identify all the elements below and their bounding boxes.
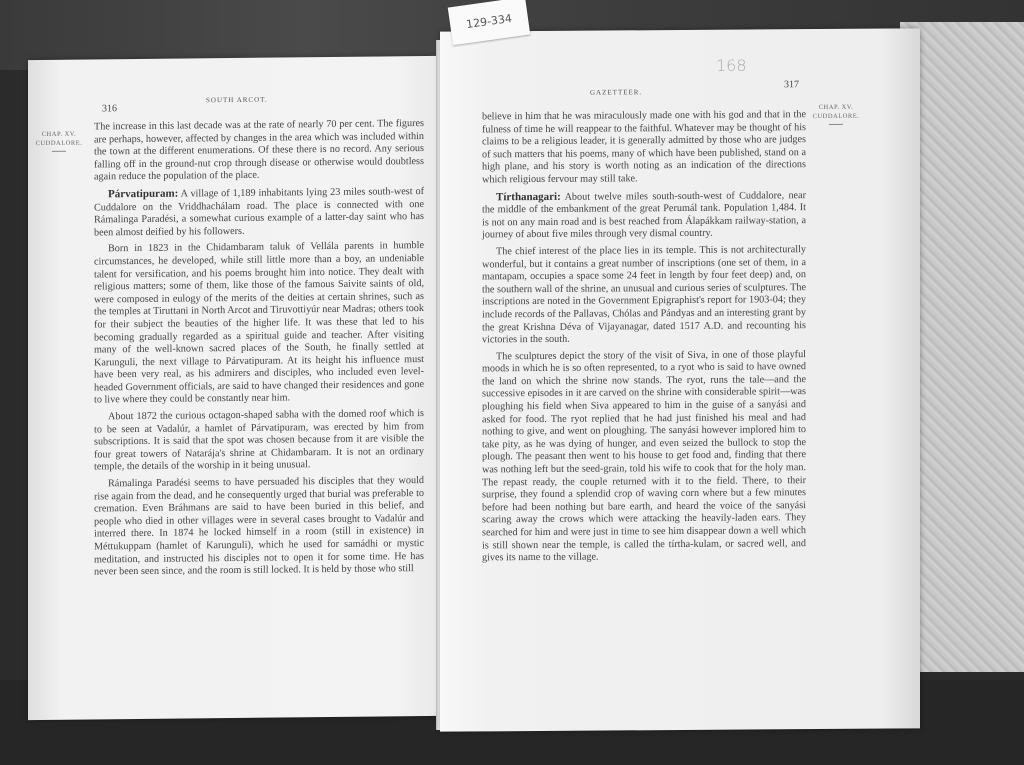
paragraph: believe in him that he was miraculously … (482, 109, 806, 187)
margin-chapter: Chap. XV. (42, 131, 77, 138)
entry-heading: Párvatipuram: (108, 188, 178, 201)
margin-section: Cuddalore. (36, 140, 83, 147)
paragraph: The sculptures depict the story of the v… (482, 349, 806, 565)
page-number: 316 (102, 103, 117, 114)
margin-note: Chap. XV. Cuddalore. (30, 130, 88, 153)
running-head: South Arcot. (206, 96, 268, 105)
right-body-text: believe in him that he was miraculously … (482, 109, 806, 569)
left-page: 316 South Arcot. Chap. XV. Cuddalore. Th… (28, 56, 438, 720)
left-body-text: The increase in this last decade was at … (94, 118, 424, 583)
running-head: Gazetteer. (590, 88, 642, 96)
paragraph: Tírthanagari: About twelve miles south-s… (482, 189, 806, 243)
paragraph: Rámalinga Paradési seems to have persuad… (94, 475, 424, 579)
paragraph: The chief interest of the place lies in … (482, 244, 806, 347)
margin-rule (829, 124, 843, 125)
margin-section: Cuddalore. (813, 113, 860, 120)
paragraph: The increase in this last decade was at … (94, 118, 424, 184)
margin-chapter: Chap. XV. (819, 104, 854, 111)
paragraph: About 1872 the curious octagon-shaped sa… (94, 408, 424, 474)
page-number: 317 (784, 79, 799, 90)
pencil-annotation: 168 (716, 56, 747, 75)
paragraph: Born in 1823 in the Chidambaram taluk of… (94, 240, 424, 407)
margin-rule (52, 151, 66, 152)
margin-note: Chap. XV. Cuddalore. (806, 103, 866, 125)
entry-heading: Tírthanagari: (496, 190, 561, 202)
right-page: Gazetteer. 317 Chap. XV. Cuddalore. beli… (440, 28, 920, 731)
paragraph: Párvatipuram: A village of 1,189 inhabit… (94, 185, 424, 240)
